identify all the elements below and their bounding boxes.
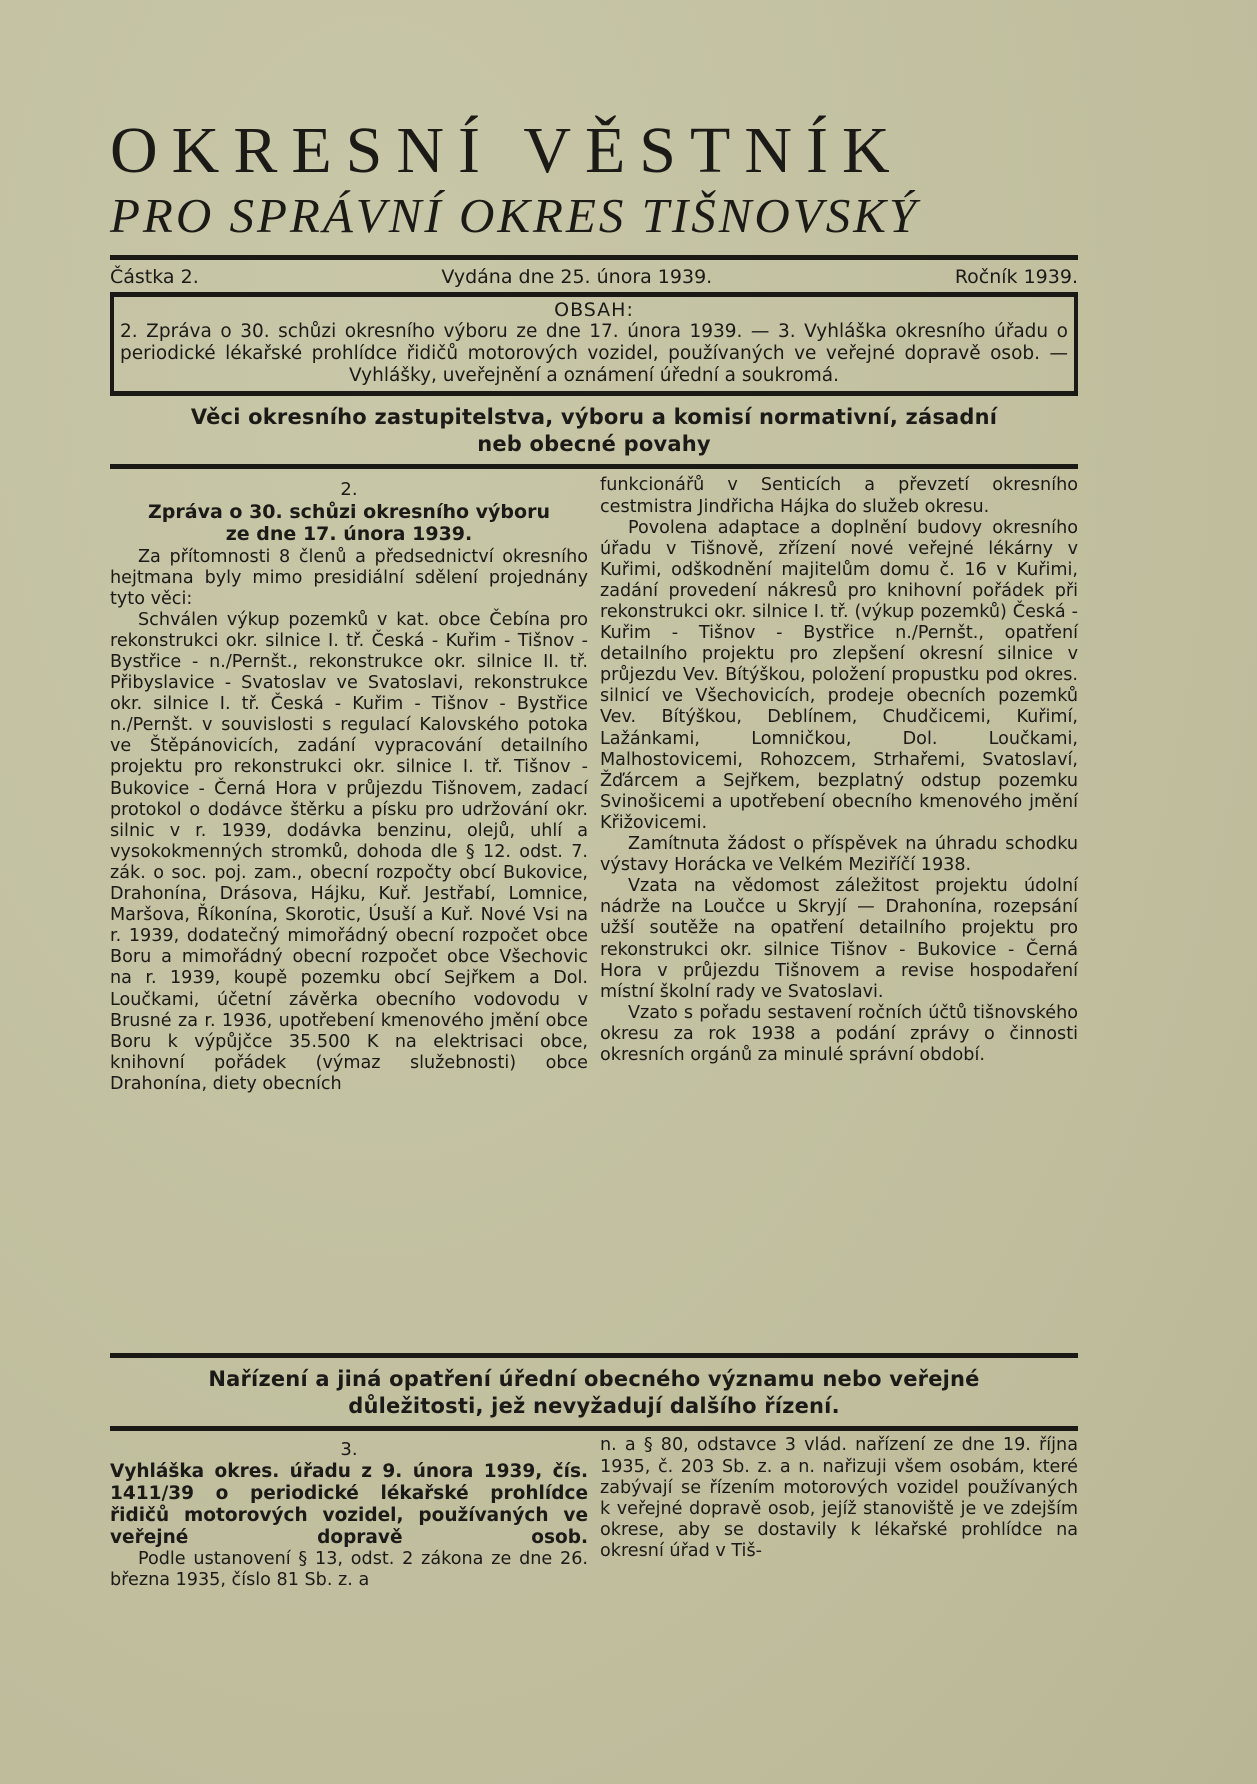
section-rule [110,464,1078,469]
paragraph: n. a § 80, odstavce 3 vlád. nařízení ze … [600,1435,1078,1562]
contents-box: OBSAH: 2. Zpráva o 30. schůzi okresního … [110,292,1078,396]
paragraph: Podle ustanovení § 13, odst. 2 zákona ze… [110,1549,588,1591]
right-column: funkcionářů v Senticích a převzetí okres… [600,475,1078,1353]
section-heading-regulations: Nařízení a jiná opatření úřední obecného… [110,1358,1078,1426]
article-title-line: ze dne 17. února 1939. [110,523,588,545]
article-title: Vyhláška okres. úřadu z 9. února 1939, č… [110,1461,588,1549]
left-column: 3. Vyhláška okres. úřadu z 9. února 1939… [110,1435,588,1590]
paragraph: Povolena adaptace a doplnění budovy okre… [600,518,1078,834]
section-heading-line: důležitosti, jež nevyžadují dalšího říze… [120,1393,1068,1420]
section-rule [110,1426,1078,1431]
masthead-subtitle: PRO SPRÁVNÍ OKRES TIŠNOVSKÝ [110,190,1078,241]
article-title-line: Zpráva o 30. schůzi okresního výboru [110,501,588,523]
left-column: 2. Zpráva o 30. schůzi okresního výboru … [110,475,588,1353]
section-heading-district-matters: Věci okresního zastupitelstva, výboru a … [110,396,1078,464]
issue-date: Vydána dne 25. února 1939. [441,266,712,288]
article-2-columns: 2. Zpráva o 30. schůzi okresního výboru … [110,475,1078,1353]
issue-part: Částka 2. [110,266,199,288]
paragraph: Vzato s pořadu sestavení ročních účtů ti… [600,1003,1078,1066]
article-number: 2. [110,479,588,500]
issue-bar: Částka 2. Vydána dne 25. února 1939. Roč… [110,260,1078,292]
paragraph: Vzata na vědomost záležitost projektu úd… [600,876,1078,1003]
paragraph: Zamítnuta žádost o příspěvek na úhradu s… [600,834,1078,876]
right-column: n. a § 80, odstavce 3 vlád. nařízení ze … [600,1435,1078,1590]
issue-volume: Ročník 1939. [955,266,1078,288]
article-number: 3. [110,1439,588,1460]
paragraph: Za přítomnosti 8 členů a předsednictví o… [110,547,588,610]
paragraph: funkcionářů v Senticích a převzetí okres… [600,475,1078,517]
contents-text: 2. Zpráva o 30. schůzi okresního výboru … [120,321,1068,387]
section-heading-line: neb obecné povahy [120,431,1068,458]
section-heading-line: Nařízení a jiná opatření úřední obecného… [120,1366,1068,1393]
paragraph: Schválen výkup pozemků v kat. obce Čebín… [110,610,588,1095]
gazette-page: OKRESNÍ VĚSTNÍK PRO SPRÁVNÍ OKRES TIŠNOV… [110,118,1078,1591]
article-title: Zpráva o 30. schůzi okresního výboru ze … [110,501,588,545]
article-3-columns: 3. Vyhláška okres. úřadu z 9. února 1939… [110,1435,1078,1590]
masthead-title: OKRESNÍ VĚSTNÍK [110,118,1078,184]
contents-heading: OBSAH: [120,299,1068,321]
section-heading-line: Věci okresního zastupitelstva, výboru a … [120,404,1068,431]
